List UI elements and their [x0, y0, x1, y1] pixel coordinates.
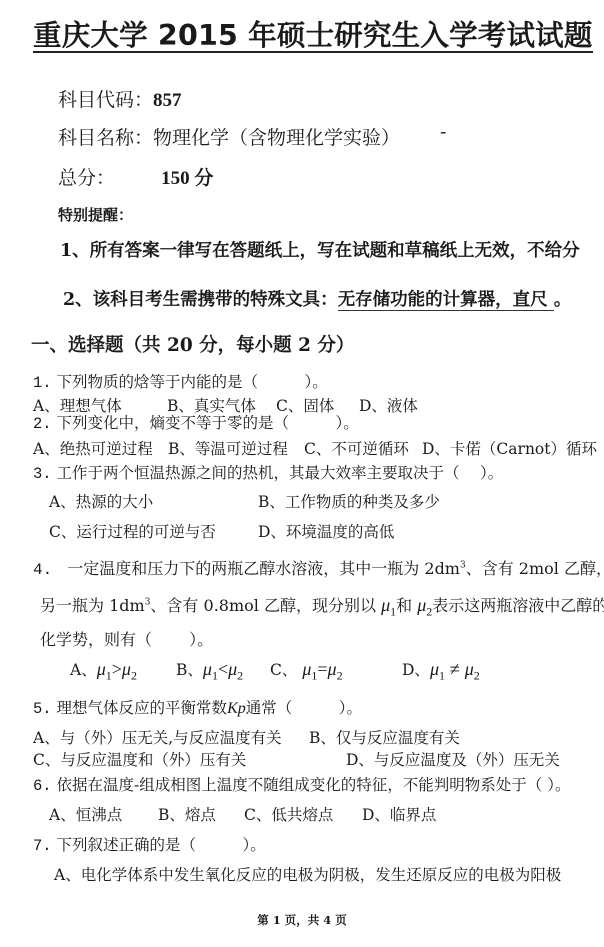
- mu-1: μ1: [381, 595, 396, 615]
- question-5: 5. 理想气体反应的平衡常数Kp通常（ ）。: [33, 696, 362, 718]
- question-6: 6. 依据在温度-组成相图上温度不随组成变化的特征，不能判明物系处于（ ）。: [33, 773, 570, 795]
- question-number: 3.: [33, 465, 52, 483]
- question-number: 5.: [33, 700, 52, 718]
- question-7: 7. 下列叙述正确的是（ ）。: [33, 833, 266, 855]
- page-number: 第 1 页，共 4 页: [0, 912, 604, 928]
- question-stem: 依据在温度-组成相图上温度不随组成变化的特征，不能判明物系处于（ ）。: [57, 776, 571, 794]
- option-b: B、等温可逆过程: [168, 437, 288, 459]
- section-heading: 一、选择题（共 20 分，每小题 2 分）: [31, 331, 354, 357]
- subject-code-label: 科目代码：: [58, 89, 153, 111]
- required-tools: 无存储功能的计算器，直尺: [338, 290, 548, 311]
- question-2-options: A、绝热可逆过程 B、等温可逆过程 C、不可逆循环 D、卡偌（Carnot）循环: [0, 437, 604, 457]
- question-number: 4.: [33, 561, 52, 579]
- option-c: C、不可逆循环: [304, 437, 409, 459]
- question-stem: 下列物质的焓等于内能的是（ ）。: [57, 373, 328, 391]
- question-stem: 下列叙述正确的是（ ）。: [57, 836, 266, 854]
- notice-item-2: 2、该科目考生需携带的特殊文具：无存储功能的计算器，直尺 。: [63, 286, 571, 311]
- subject-name-value: 物理化学（含物理化学实验）: [153, 127, 400, 149]
- question-number: 1.: [33, 374, 52, 392]
- subject-code-value: 857: [153, 90, 182, 111]
- question-3-options-row1: A、热源的大小 B、工作物质的种类及多少: [0, 490, 604, 510]
- exam-title: 重庆大学 2015 年硕士研究生入学考试试题: [33, 20, 593, 53]
- question-stem: 表示这两瓶溶液中乙醇的: [432, 596, 604, 615]
- option-c: C、 μ1=μ2: [270, 658, 343, 684]
- question-number: 6.: [33, 777, 52, 795]
- question-stem: 、含有 0.8mol 乙醇，现分别以: [150, 596, 376, 615]
- option-b: B、熔点: [158, 803, 216, 825]
- question-stem: 下列变化中，熵变不等于零的是（ ）。: [57, 414, 359, 432]
- question-2: 2. 下列变化中，熵变不等于零的是（ ）。: [33, 411, 359, 433]
- total-score: 总分： 150 分: [58, 163, 213, 190]
- question-stem: 另一瓶为 1dm: [40, 596, 145, 615]
- option-a: A、恒沸点: [49, 803, 122, 825]
- question-4-line-2: 另一瓶为 1dm3、含有 0.8mol 乙醇，现分别以 μ1和 μ2表示这两瓶溶…: [40, 593, 604, 620]
- option-d: D、液体: [359, 394, 418, 416]
- question-1: 1. 下列物质的焓等于内能的是（ ）。: [33, 370, 328, 392]
- subject-name: 科目名称：物理化学（含物理化学实验）: [58, 123, 400, 150]
- notice-item-2-prefix: 2、该科目考生需携带的特殊文具：: [63, 290, 338, 310]
- notice-item-1: 1、所有答案一律写在答题纸上，写在试题和草稿纸上无效，不给分: [60, 237, 580, 262]
- question-6-options: A、恒沸点 B、熔点 C、低共熔点 D、临界点: [0, 803, 604, 823]
- stray-mark: -: [440, 121, 446, 143]
- question-5-options-row1: A、与（外）压无关,与反应温度有关 B、仅与反应温度有关: [0, 726, 604, 746]
- question-stem: 工作于两个恒温热源之间的热机，其最大效率主要取决于（ ）。: [57, 464, 504, 482]
- question-3: 3. 工作于两个恒温热源之间的热机，其最大效率主要取决于（ ）。: [33, 461, 503, 483]
- total-score-value: 150 分: [161, 168, 213, 189]
- notice-item-2-suffix: 。: [554, 290, 572, 310]
- option-a: A、热源的大小: [49, 490, 153, 512]
- question-stem: 理想气体反应的平衡常数: [57, 699, 228, 717]
- question-4-line-1: 4. 一定温度和压力下的两瓶乙醇水溶液，其中一瓶为 2dm3、含有 2mol 乙…: [33, 556, 604, 579]
- total-score-label: 总分：: [58, 167, 115, 189]
- question-stem: 一定温度和压力下的两瓶乙醇水溶液，其中一瓶为 2dm: [67, 559, 460, 578]
- option-d: D、μ1 ≠ μ2: [402, 658, 480, 684]
- option-c: C、与反应温度和（外）压有关: [33, 748, 246, 770]
- question-5-options-row2: C、与反应温度和（外）压有关 D、与反应温度及（外）压无关: [0, 748, 604, 768]
- option-d: D、临界点: [362, 803, 436, 825]
- question-7-option-a: A、电化学体系中发生氧化反应的电极为阴极，发生还原反应的电极为阳极: [54, 863, 561, 885]
- option-a: A、绝热可逆过程: [33, 437, 153, 459]
- mu-2: μ2: [417, 595, 432, 615]
- kp-symbol: Kp: [227, 700, 246, 717]
- option-b: B、μ1<μ2: [176, 658, 243, 684]
- option-a: A、与（外）压无关,与反应温度有关: [33, 726, 282, 748]
- subject-code: 科目代码：857: [58, 85, 182, 112]
- option-a: A、μ1>μ2: [70, 658, 137, 684]
- question-3-options-row2: C、运行过程的可逆与否 D、环境温度的高低: [0, 520, 604, 540]
- option-c: C、运行过程的可逆与否: [49, 520, 216, 542]
- subject-name-label: 科目名称：: [58, 127, 153, 149]
- notice-heading: 特别提醒：: [58, 204, 133, 225]
- question-stem: 通常（ ）。: [246, 699, 362, 717]
- conjunction: 和: [396, 596, 412, 615]
- question-4-options: A、μ1>μ2 B、μ1<μ2 C、 μ1=μ2 D、μ1 ≠ μ2: [0, 656, 604, 680]
- question-number: 2.: [33, 415, 52, 433]
- question-4-line-3: 化学势，则有（ ）。: [40, 627, 213, 650]
- option-d: D、环境温度的高低: [258, 520, 394, 542]
- option-b: B、仅与反应温度有关: [309, 726, 460, 748]
- option-c: C、低共熔点: [244, 803, 333, 825]
- question-stem: 、含有 2mol 乙醇，: [466, 559, 604, 578]
- option-d: D、与反应温度及（外）压无关: [346, 748, 560, 770]
- question-number: 7.: [33, 837, 52, 855]
- option-b: B、工作物质的种类及多少: [258, 490, 440, 512]
- option-d: D、卡偌（Carnot）循环: [422, 437, 597, 459]
